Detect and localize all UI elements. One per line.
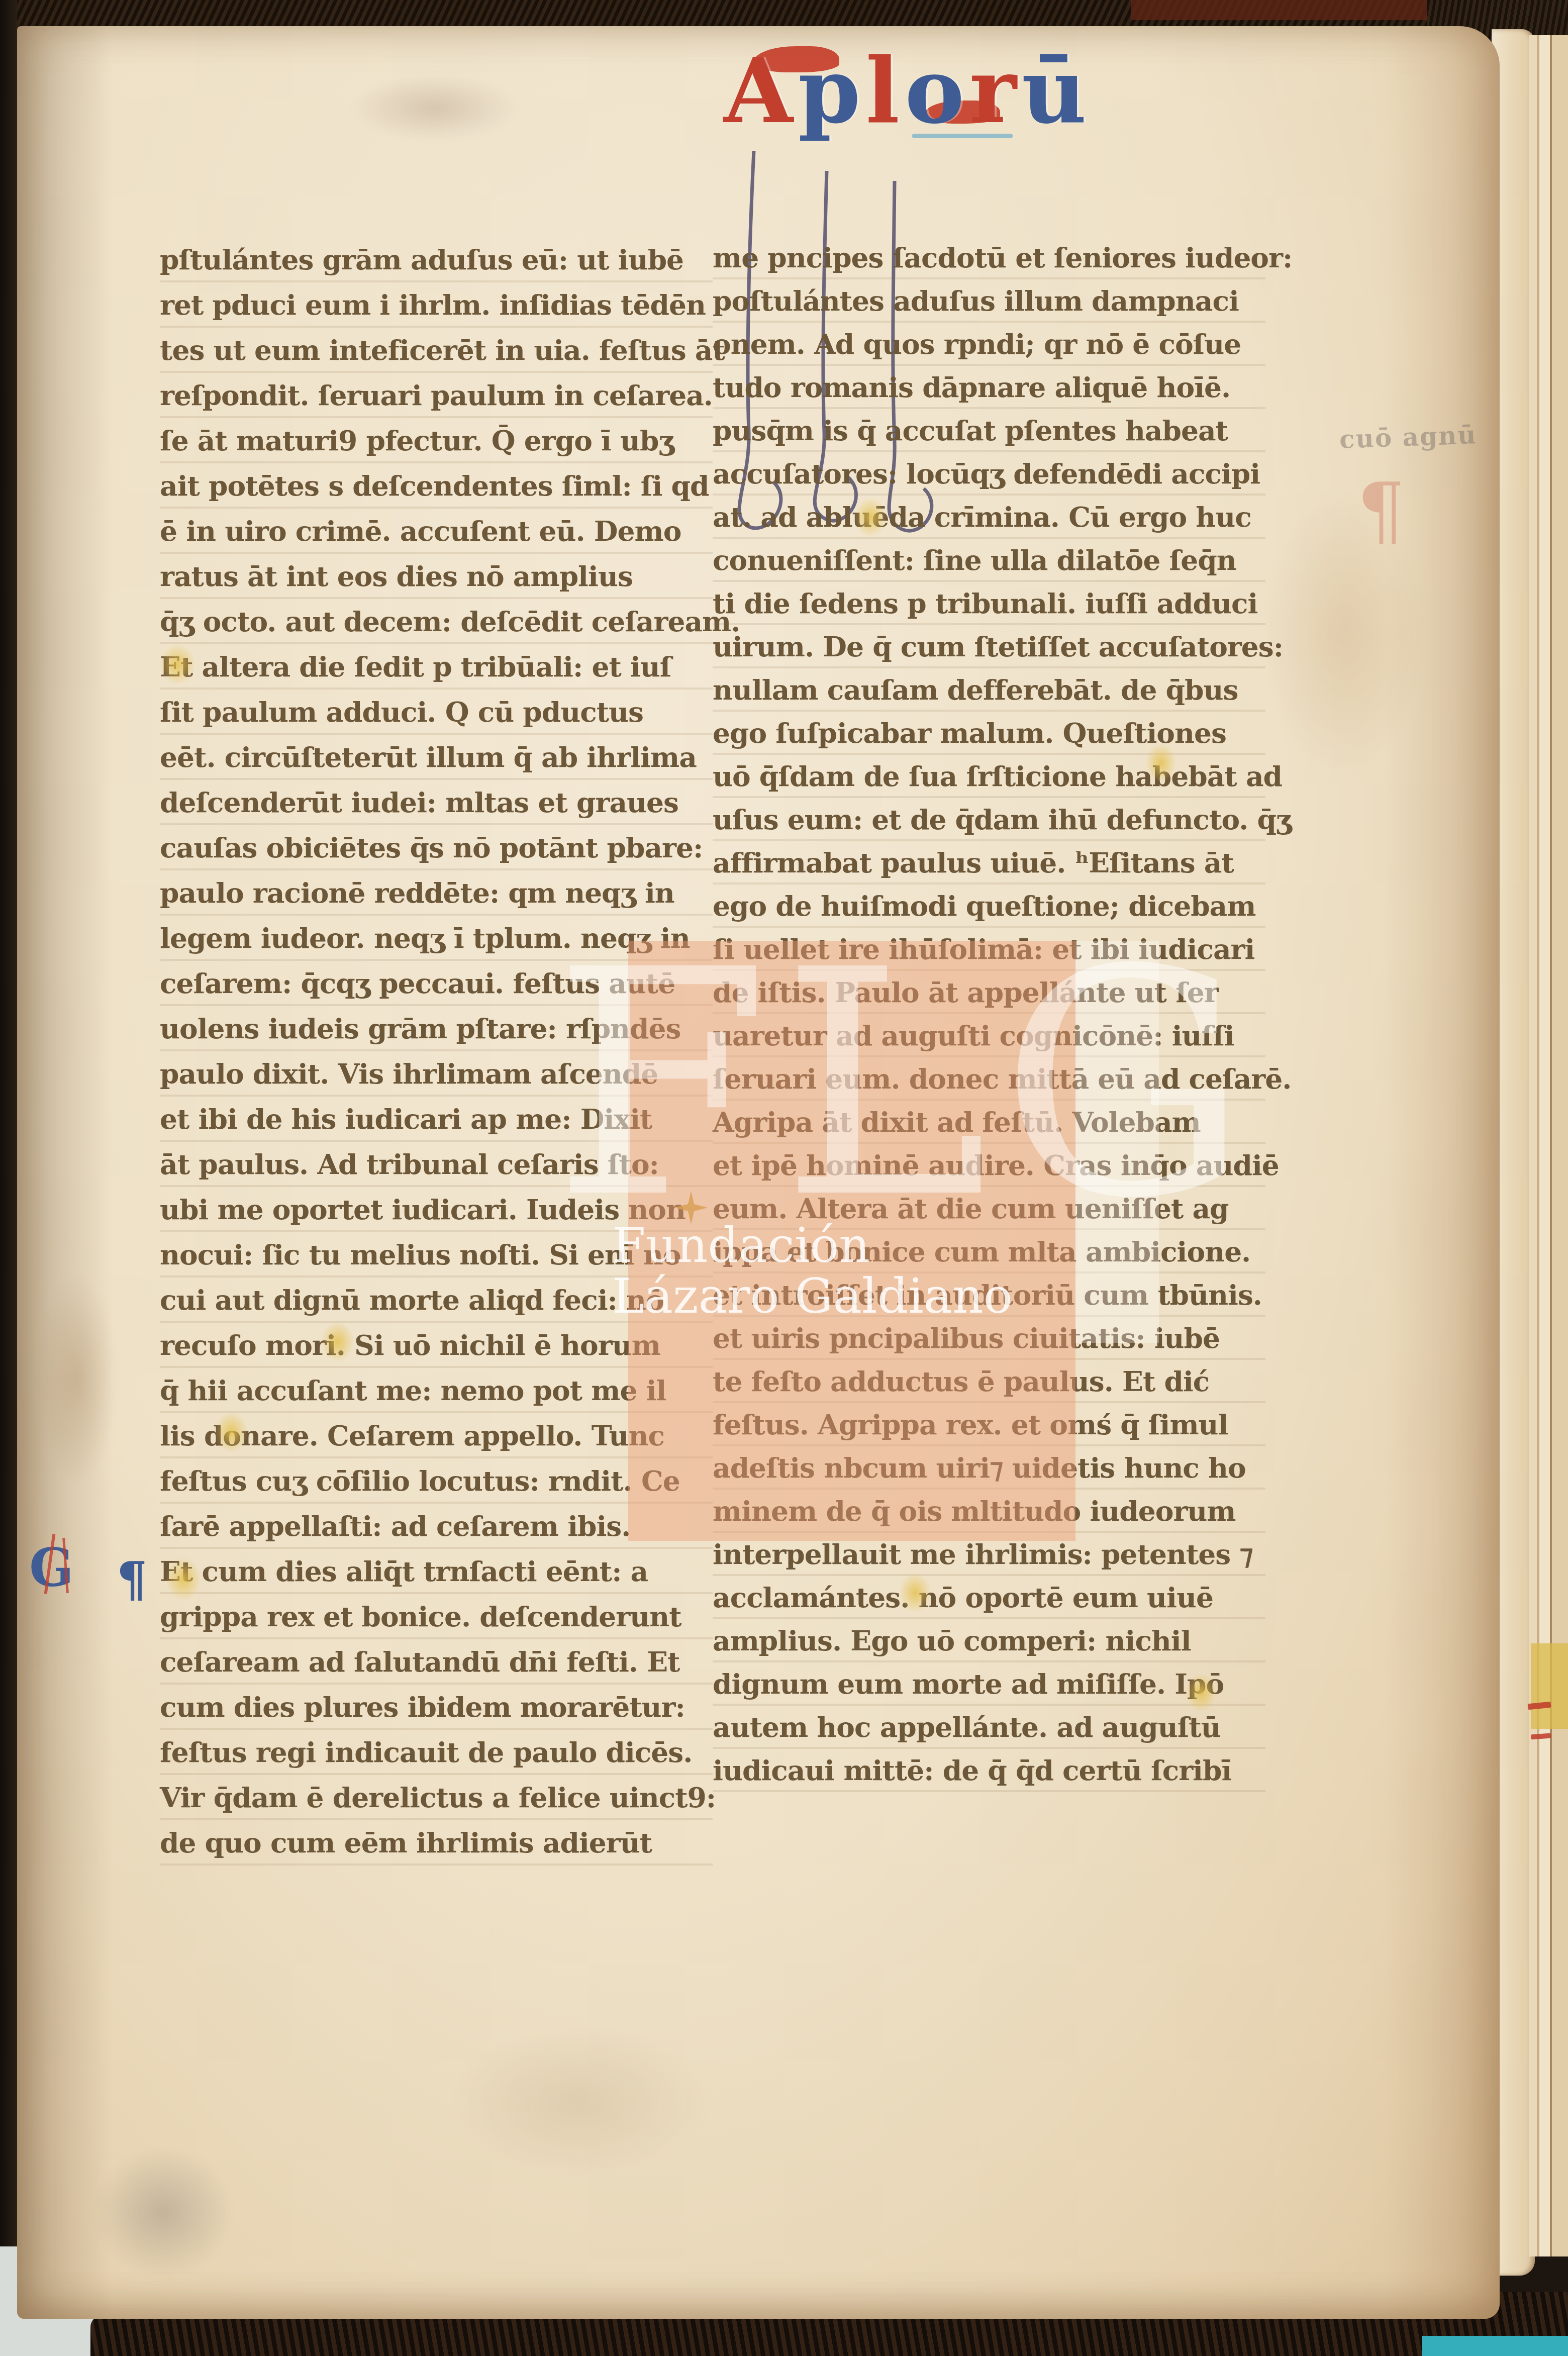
text-line: uō q̄ſdam de ſua ſrſticione habebāt ad [713, 755, 1265, 798]
text-line: Et altera die ſedit p tribūali: et iuſ [160, 644, 713, 690]
text-line: pusq̄m is q̄ accuſat pſentes habeat [713, 409, 1265, 452]
fore-edge-page-stack [1529, 35, 1568, 2256]
parchment-stain [449, 2026, 711, 2177]
text-line: deſcenderūt iudei: mltas et graues [160, 780, 713, 825]
text-line: tudo romanis dāpnare aliquē hoīē. [713, 366, 1265, 409]
text-line: Et cum dies aliq̄t trnſacti eēnt: a [160, 1549, 713, 1594]
watermark-name-line: Fundación [612, 1220, 1013, 1271]
text-line: grippa rex et bonice. deſcenderunt [160, 1594, 713, 1639]
text-line: poſtulántes aduſus illum dampnaci [713, 279, 1265, 323]
running-title-letter: l [866, 46, 900, 136]
text-line: pſtulántes grām aduſus eū: ut iubē [160, 237, 713, 282]
text-line: uirum. De q̄ cum ſtetiſſet accuſatores: [713, 625, 1265, 668]
gilded-initial-wash [1146, 744, 1176, 782]
gilded-initial-wash [1186, 1674, 1216, 1712]
text-line: ti die ſedens p tribunali. iuſſi adduci [713, 582, 1265, 625]
showthrough-paragraph-mark: ¶ [1357, 467, 1405, 555]
text-line: ret pduci eum i ihrlm. inſidias tēdēn [160, 282, 713, 328]
book-spine-leather [1131, 0, 1442, 20]
text-line: q̄ʒ octo. aut decem: deſcēdit ceſaream. [160, 599, 713, 644]
text-line: affirmabat paulus uiuē. ʰEſitans āt [713, 841, 1265, 885]
gutter-shadow [17, 26, 113, 2319]
text-line: acclamántes. nō oportē eum uiuē [713, 1576, 1265, 1619]
text-line: nullam cauſam defferebāt. de q̄bus [713, 668, 1265, 712]
book-gutter-edge [0, 0, 17, 2262]
text-line: cauſas obiciētes q̄s nō potānt pbare: [160, 825, 713, 870]
fore-edge-shadow [1384, 26, 1500, 2319]
text-line: accuſatores: locūqʒ defendēdi accipi [713, 452, 1265, 496]
gilded-initial-wash [322, 1322, 354, 1362]
ink-showthrough [352, 75, 518, 141]
text-line: ratus āt int eos dies nō amplius [160, 554, 713, 599]
gilded-initial-wash [854, 498, 887, 537]
text-line: dignum eum morte ad miſiſſe. Ipō [713, 1662, 1265, 1706]
text-line: feſtus regi indicauit de paulo dicēs. [160, 1730, 713, 1775]
running-title-letter: ū [1022, 46, 1087, 136]
text-line: de quo cum eēm ihrlimis adierūt [160, 1820, 713, 1866]
watermark-name: Fundación Lázaro Galdiano [612, 1220, 1013, 1322]
text-line: autem hoc appellánte. ad auguſtū [713, 1706, 1265, 1749]
gilded-initial-wash [166, 1558, 201, 1600]
text-line: amplius. Ego uō comperi: nichil [713, 1619, 1265, 1662]
watermark-name-line: Lázaro Galdiano [612, 1271, 1013, 1322]
text-line: at. ad abluēda crīmina. Cū ergo huc [713, 496, 1265, 539]
text-line: ſe āt maturi9 pfectur. Q̄ ergo ī ubʒ [160, 418, 713, 463]
running-title: A p l o r ū [724, 46, 1087, 136]
watermark-monogram: FLG [553, 930, 1181, 1241]
parchment-stain [92, 2147, 233, 2278]
text-line: me pncipes ſacdotū et ſeniores iudeor: [713, 236, 1265, 279]
running-title-letter: p [798, 46, 860, 136]
gilded-initial-wash [900, 1573, 931, 1612]
text-line: reſpondit. ſeruari paulum in ceſarea. [160, 373, 713, 418]
text-line: iudicaui mittē: de q̄ q̄d certū ſcribī [713, 1749, 1265, 1792]
text-line: conueniſſent: ſine ulla dilatōe ſeq̄n [713, 539, 1265, 582]
gilded-initial-wash [160, 644, 195, 684]
text-line: ē in uiro crimē. accuſent eū. Demo [160, 509, 713, 554]
text-line: ſit paulum adduci. Q cū pductus [160, 690, 713, 735]
text-line: onem. Ad quos rpndi; qr nō ē cōſue [713, 323, 1265, 366]
gilded-initial-wash [215, 1412, 247, 1452]
table-cloth [1422, 2336, 1568, 2356]
running-title-letter: r [969, 46, 1017, 136]
yellowed-page-edge [1531, 1643, 1568, 1729]
showthrough-margin-note: cuō agnū [1339, 420, 1478, 454]
text-line: ceſaream ad ſalutandū dn̄i feſti. Et [160, 1639, 713, 1685]
parchment-stain [37, 1272, 118, 1484]
text-line: tes ut eum inteficerēt in uia. feſtus āt [160, 328, 713, 373]
running-title-letter: A [724, 46, 793, 136]
running-title-letter: o [905, 46, 964, 136]
blue-paragraph-mark: ¶ [117, 1551, 147, 1608]
text-line: cum dies plures ibidem morarētur: [160, 1685, 713, 1730]
text-line: uſus eum: et de q̄dam ihū defuncto. q̄ʒ [713, 798, 1265, 841]
text-line: Vir q̄dam ē derelictus a felice uinct9: [160, 1775, 713, 1820]
text-line: ego ſuſpicabar malum. Queſtiones [713, 712, 1265, 755]
text-line: ait potētes s deſcendentes ſiml: ſi qd [160, 463, 713, 509]
text-line: eēt. circūſteterūt illum q̄ ab ihrlima [160, 735, 713, 780]
manuscript-photo: A p l o r ū pſtulántes grām aduſus eū: u… [0, 0, 1568, 2356]
